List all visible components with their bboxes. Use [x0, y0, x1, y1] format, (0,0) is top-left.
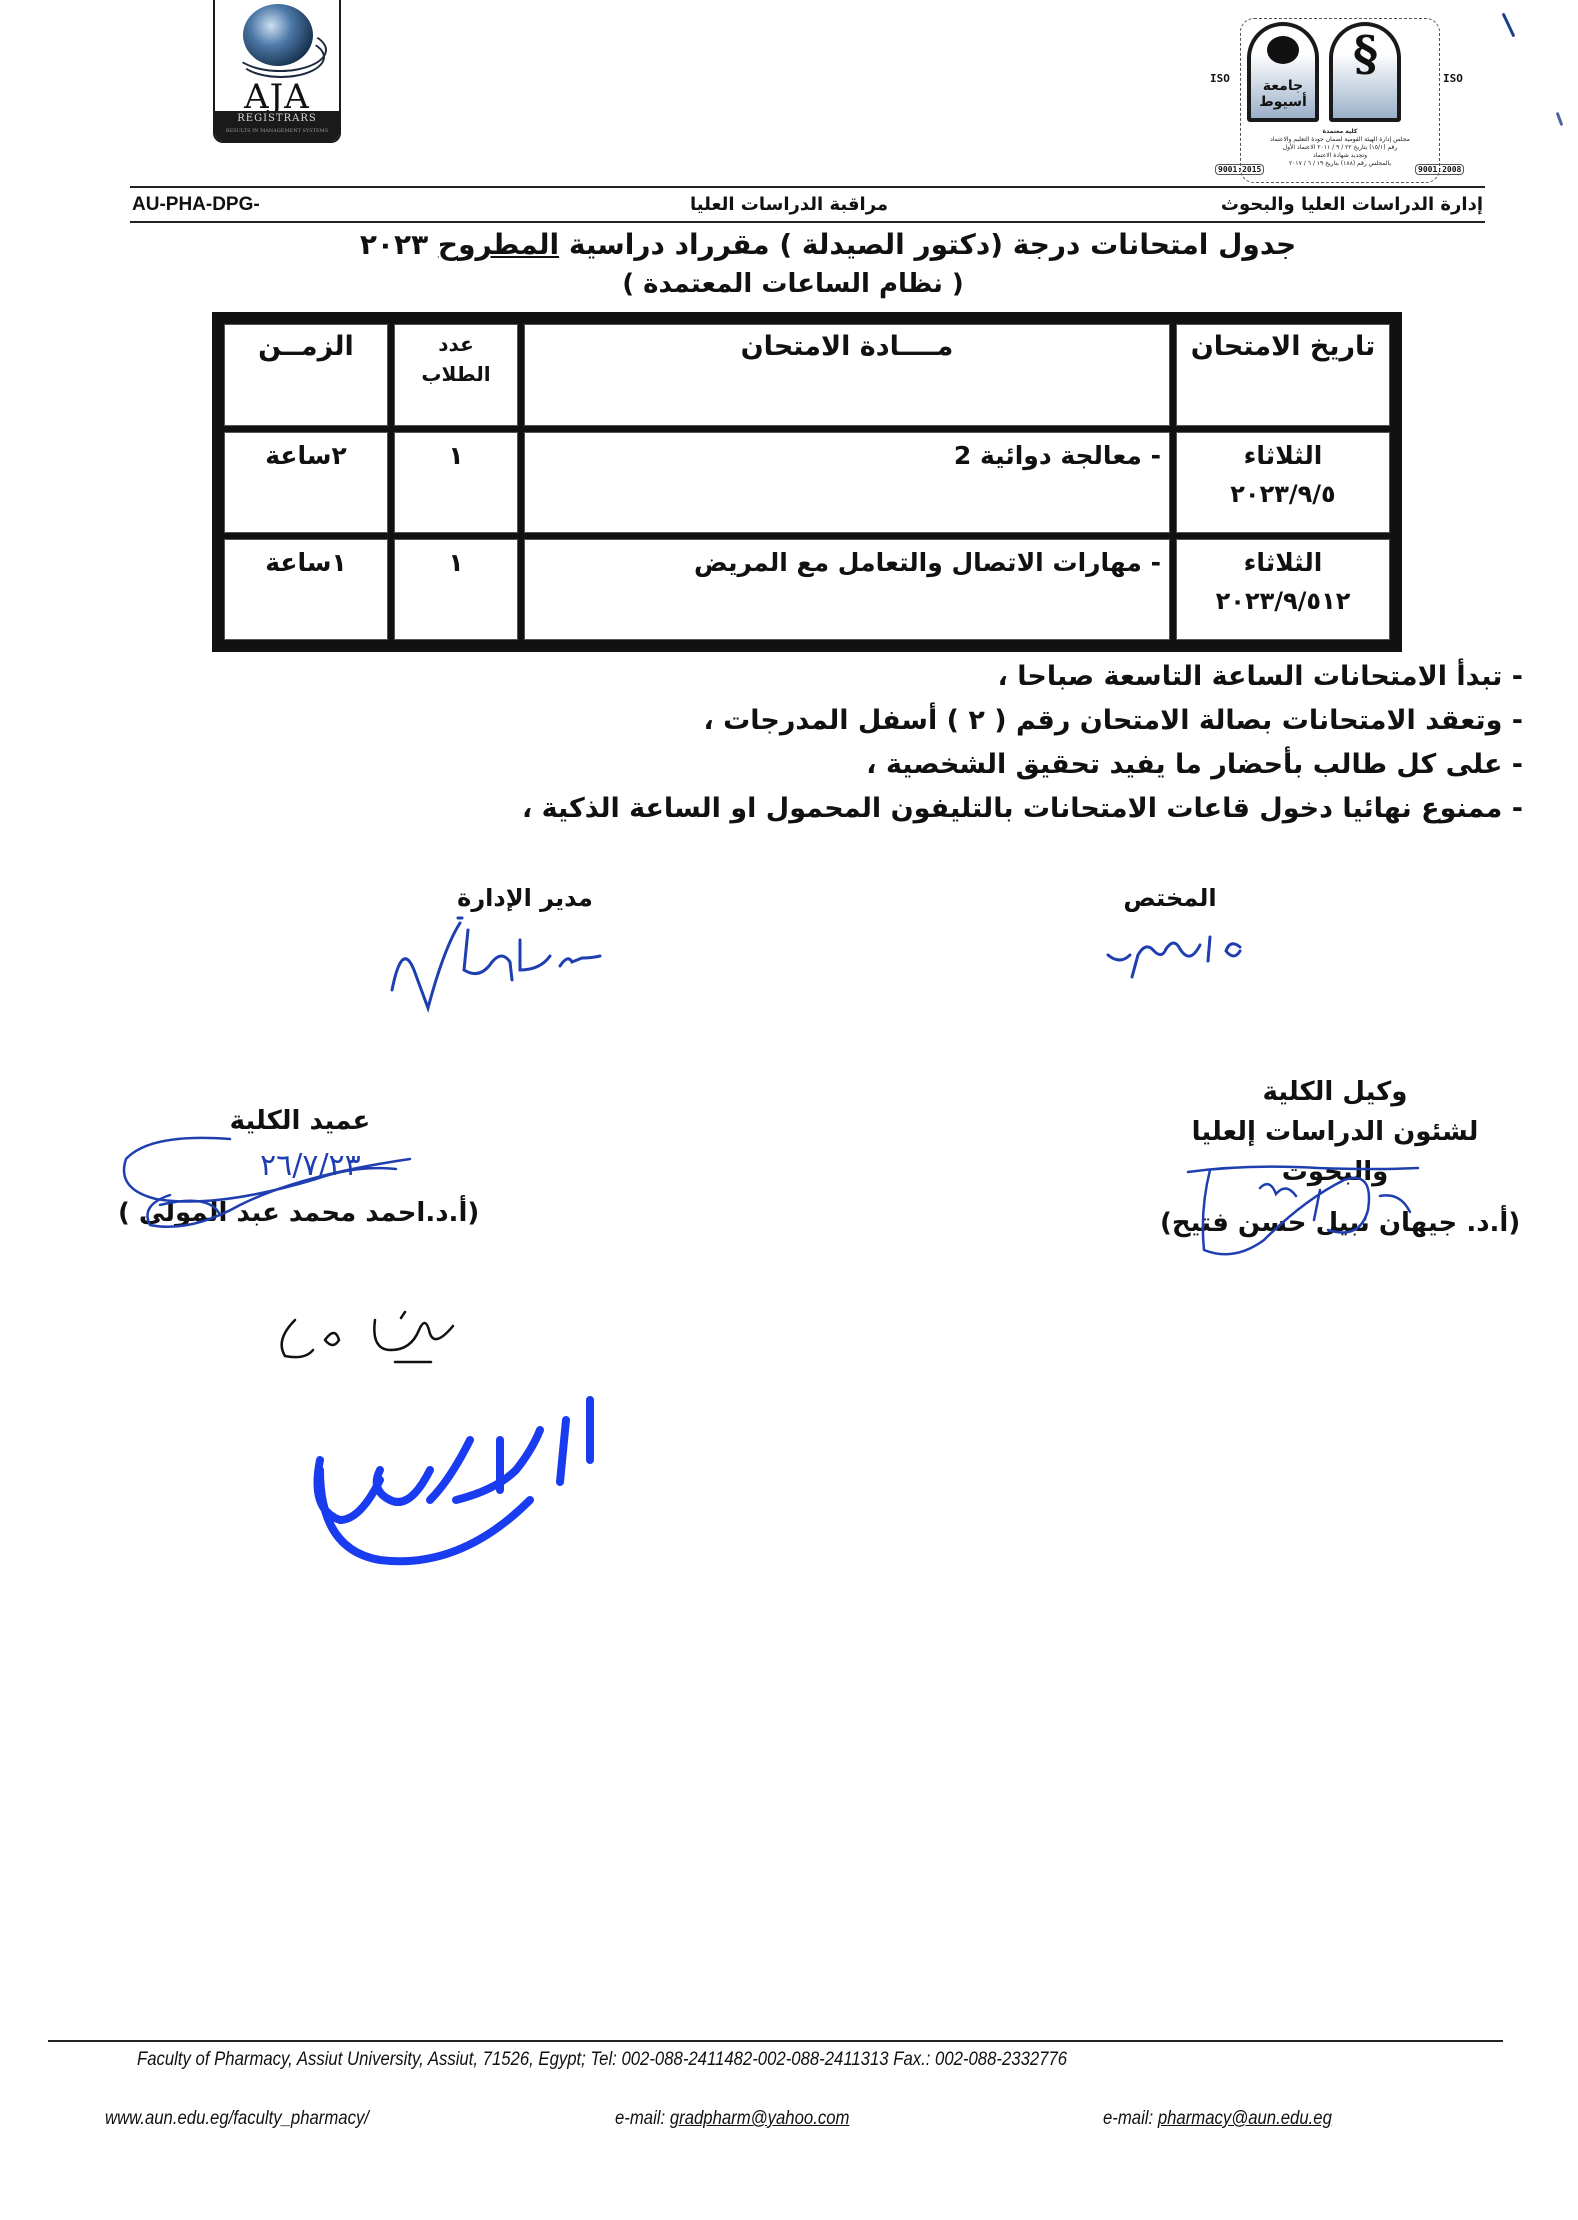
scan-artifact — [1502, 13, 1516, 38]
dean-signature: ٢٦/٧/٢٣ — [110, 1125, 410, 1235]
duration-cell: ٢ساعة — [224, 432, 388, 533]
exam-subject-cell: - مهارات الاتصال والتعامل مع المريض — [524, 539, 1170, 640]
header-bottom-rule — [130, 221, 1485, 223]
student-count-cell: ١ — [394, 539, 518, 640]
instruction-item: - وتعقد الامتحانات بصالة الامتحان رقم ( … — [522, 699, 1523, 743]
footer-rule — [48, 2040, 1503, 2042]
col-header-students: عدد الطلاب — [394, 324, 518, 426]
duration-cell: ١ساعة — [224, 539, 388, 640]
header-top-rule — [130, 186, 1485, 188]
aja-logo-text: AJA — [215, 80, 339, 114]
scan-artifact — [1556, 112, 1564, 126]
footer-email-grad: e-mail: gradpharm@yahoo.com — [615, 2108, 849, 2130]
aja-logo-band: REGISTRARS RESULTS IN MANAGEMENT SYSTEMS — [215, 111, 339, 141]
accreditation-text: كلية معتمدة مجلس إدارة الهيئة القومية لض… — [1265, 128, 1415, 168]
footer-address: Faculty of Pharmacy, Assiut University, … — [137, 2049, 1067, 2071]
sun-icon — [1267, 36, 1299, 64]
exam-subject-cell: - معالجة دوائية 2 — [524, 432, 1170, 533]
document-code: AU-PHA-DPG- — [132, 193, 260, 217]
svg-text:٢٦/٧/٢٣: ٢٦/٧/٢٣ — [260, 1148, 361, 1183]
exam-date-cell: الثلاثاء ٢٠٢٣/٩/٥١٢ — [1176, 539, 1390, 640]
aja-registrars-logo: AJA REGISTRARS RESULTS IN MANAGEMENT SYS… — [213, 0, 341, 143]
exam-schedule-table: تاريخ الامتحان مــــادة الامتحان عدد الط… — [212, 312, 1402, 652]
specialist-title: المختص — [1090, 882, 1250, 914]
email-link-pharmacy[interactable]: pharmacy@aun.edu.eg — [1158, 2108, 1332, 2129]
iso-number-left: 9001:2015 — [1215, 164, 1264, 175]
iso-number-right: 9001:2008 — [1415, 164, 1464, 175]
col-header-subject: مــــادة الامتحان — [524, 324, 1170, 426]
instruction-item: - تبدأ الامتحانات الساعة التاسعة صباحا ، — [522, 655, 1523, 699]
approval-stamp-signature — [290, 1360, 630, 1590]
bowl-of-hygieia-icon: § — [1353, 30, 1378, 78]
page-title: جدول امتحانات درجة (دكتور الصيدلة ) مقرر… — [0, 228, 1578, 262]
vice-dean-signature — [1170, 1150, 1470, 1260]
student-count-cell: ١ — [394, 432, 518, 533]
faculty-accreditation-logo: جامعة أسيوط § ISO ISO كلية معتمدة مجلس إ… — [1205, 18, 1475, 183]
col-header-date: تاريخ الامتحان — [1176, 324, 1390, 426]
header-administration: إدارة الدراسات العليا والبحوث — [1221, 193, 1483, 217]
email-link-gradpharm[interactable]: gradpharm@yahoo.com — [670, 2108, 850, 2129]
iso-label-left: ISO — [1210, 72, 1230, 85]
assiut-university-arch: جامعة أسيوط — [1247, 22, 1319, 122]
exam-date-cell: الثلاثاء ٢٠٢٣/٩/٥ — [1176, 432, 1390, 533]
footer-website[interactable]: www.aun.edu.eg/faculty_pharmacy/ — [105, 2108, 369, 2130]
pharmacy-arch: § — [1329, 22, 1401, 122]
table-row: الثلاثاء ٢٠٢٣/٩/٥١٢ - مهارات الاتصال وال… — [224, 539, 1390, 640]
orbit-ring — [237, 36, 325, 78]
header-department: مراقبة الدراسات العليا — [690, 193, 888, 217]
exam-instructions: - تبدأ الامتحانات الساعة التاسعة صباحا ،… — [522, 655, 1523, 831]
admin-director-signature — [390, 910, 630, 1010]
specialist-signature — [1050, 925, 1250, 985]
iso-label-right: ISO — [1443, 72, 1463, 85]
col-header-time: الزمــن — [224, 324, 388, 426]
instruction-item: - ممنوع نهائيا دخول قاعات الامتحانات بال… — [522, 787, 1523, 831]
instruction-item: - على كل طالب بأحضار ما يفيد تحقيق الشخص… — [522, 743, 1523, 787]
footer-email-faculty: e-mail: pharmacy@aun.edu.eg — [1103, 2108, 1332, 2130]
table-row: الثلاثاء ٢٠٢٣/٩/٥ - معالجة دوائية 2 ١ ٢س… — [224, 432, 1390, 533]
page-subtitle: ( نظام الساعات المعتمدة ) — [0, 268, 1578, 300]
table-header-row: تاريخ الامتحان مــــادة الامتحان عدد الط… — [224, 324, 1390, 426]
